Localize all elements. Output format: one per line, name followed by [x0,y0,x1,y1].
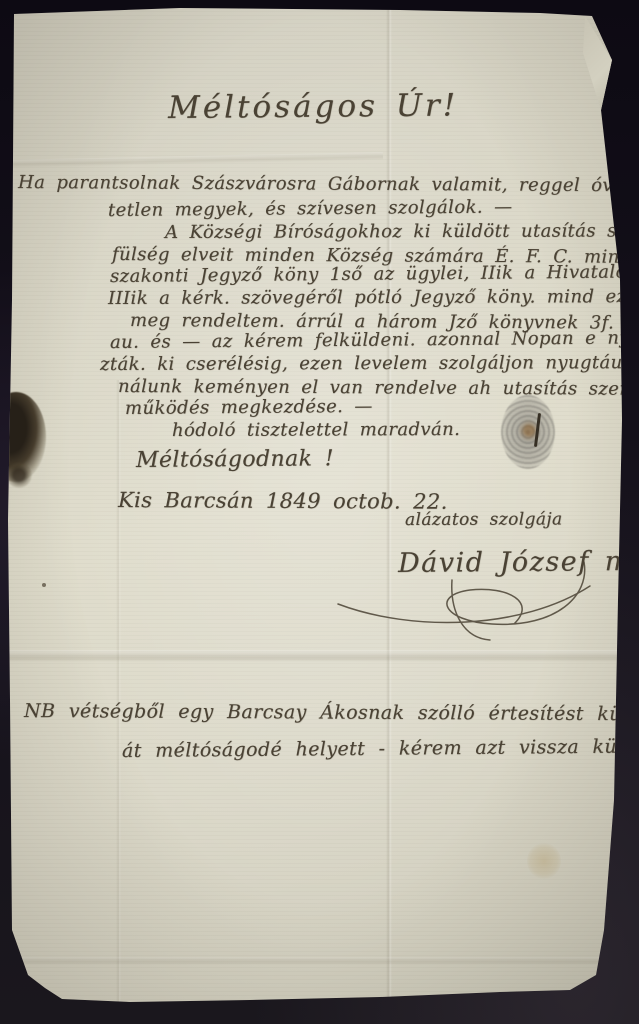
valediction: alázatos szolgája [405,509,563,530]
closing: Méltóságodnak ! [136,446,334,473]
letter-line: A Községi Bíróságokhoz ki küldött utasít… [165,220,639,243]
wax-seal-left-fragment-icon [6,462,32,488]
seal-ink-mark-icon [534,413,541,447]
postscript-line: át méltóságodé helyett - kérem azt vissz… [122,735,639,762]
seal-impression-center-icon [501,395,555,469]
letter-line: zták. ki cserélésig, ezen levelem szolgá… [100,352,635,375]
letter-line: szakonti Jegyző köny 1ső az ügylei, IIik… [110,261,639,287]
letter-line: tetlen megyek, és szívesen szolgálok. — [108,196,513,221]
letter-line: au. és — az kérem felküldeni. azonnal No… [110,327,639,353]
letter-line: működés megkezdése. — [125,396,373,419]
crease-top [0,152,383,168]
crease-horizontal-main [0,650,639,662]
letter-line: Ha parantsolnak Szászvárosra Gábornak va… [18,172,631,196]
paper-stain-icon [527,843,561,879]
letter-paper: Méltóságos Úr! Ha parantsolnak Szászváro… [0,0,639,1024]
dateline: Kis Barcsán 1849 octob. 22. [118,488,448,514]
photograph-of-letter: Méltóságos Úr! Ha parantsolnak Szászváro… [0,0,639,1024]
wax-seal-left-icon [0,392,46,482]
signature: Dávid József m [398,546,632,579]
ink-speck-icon [42,583,46,587]
letter-line: hódoló tisztelettel maradván. [172,419,460,441]
postscript-line: NB vétségből egy Barcsay Ákosnak szólló … [24,700,639,726]
crease-bottom [20,957,627,965]
letter-line: IIIik a kérk. szövegéről pótló Jegyző kö… [108,286,639,309]
letter-line: nálunk keményen el van rendelve ah utasí… [118,376,639,400]
salutation: Méltóságos Úr! [168,87,458,126]
